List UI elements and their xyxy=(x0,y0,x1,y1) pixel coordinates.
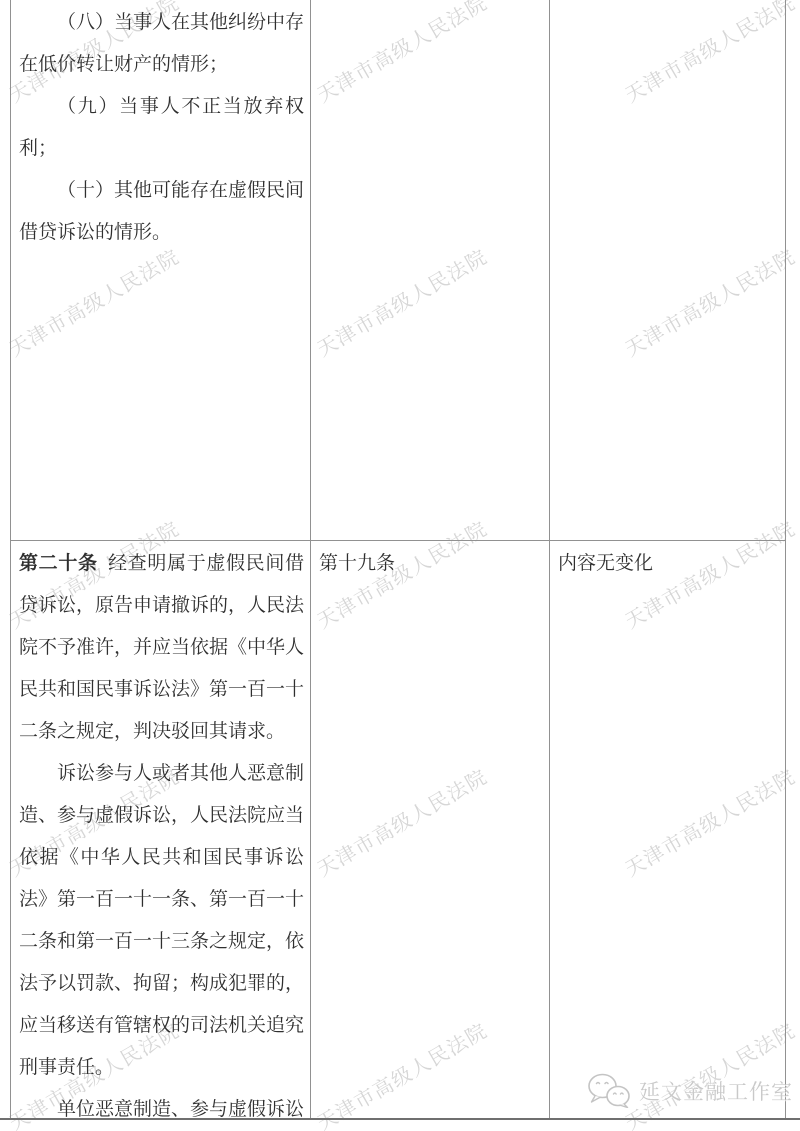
wechat-logo-icon xyxy=(586,1073,632,1108)
article-number: 第二十条 xyxy=(19,553,98,574)
table-row-previous-article: （八）当事人在其他纠纷中存在低价转让财产的情形；（九）当事人不正当放弃权利；（十… xyxy=(11,0,785,541)
cell-change-note: 内容无变化 xyxy=(550,541,785,1118)
cell-new-text-continued: （八）当事人在其他纠纷中存在低价转让财产的情形；（九）当事人不正当放弃权利；（十… xyxy=(11,0,311,540)
cell-change-note-empty xyxy=(550,0,785,540)
cell-old-article-empty xyxy=(311,0,550,540)
paragraph: （十）其他可能存在虚假民间借贷诉讼的情形。 xyxy=(19,170,304,254)
article-lead-text: 经查明属于虚假民间借贷诉讼，原告申请撤诉的，人民法院不予准许，并应当依据《中华人… xyxy=(19,553,304,742)
comparison-table: （八）当事人在其他纠纷中存在低价转让财产的情形；（九）当事人不正当放弃权利；（十… xyxy=(10,0,786,1118)
brand-name: 延文金融工作室 xyxy=(639,1076,793,1106)
paragraph: （九）当事人不正当放弃权利； xyxy=(19,86,304,170)
brand-footer: 延文金融工作室 xyxy=(586,1073,793,1108)
paragraph: 单位恶意制造、参与虚假诉讼 xyxy=(19,1089,304,1131)
paragraph: （八）当事人在其他纠纷中存在低价转让财产的情形； xyxy=(19,2,304,86)
page-divider-line xyxy=(0,1118,800,1120)
paragraph-article-lead: 第二十条经查明属于虚假民间借贷诉讼，原告申请撤诉的，人民法院不予准许，并应当依据… xyxy=(19,543,304,753)
article-paragraph-group: 诉讼参与人或者其他人恶意制造、参与虚假诉讼，人民法院应当依据《中华人民共和国民事… xyxy=(19,753,304,1131)
cell-new-text-article-20: 第二十条经查明属于虚假民间借贷诉讼，原告申请撤诉的，人民法院不予准许，并应当依据… xyxy=(11,541,311,1118)
document-page: 天津市高级人民法院天津市高级人民法院天津市高级人民法院天津市高级人民法院天津市高… xyxy=(0,0,800,1131)
cell-old-article-number: 第十九条 xyxy=(311,541,550,1118)
table-row-article-20: 第二十条经查明属于虚假民间借贷诉讼，原告申请撤诉的，人民法院不予准许，并应当依据… xyxy=(11,541,785,1118)
paragraph: 诉讼参与人或者其他人恶意制造、参与虚假诉讼，人民法院应当依据《中华人民共和国民事… xyxy=(19,753,304,1089)
